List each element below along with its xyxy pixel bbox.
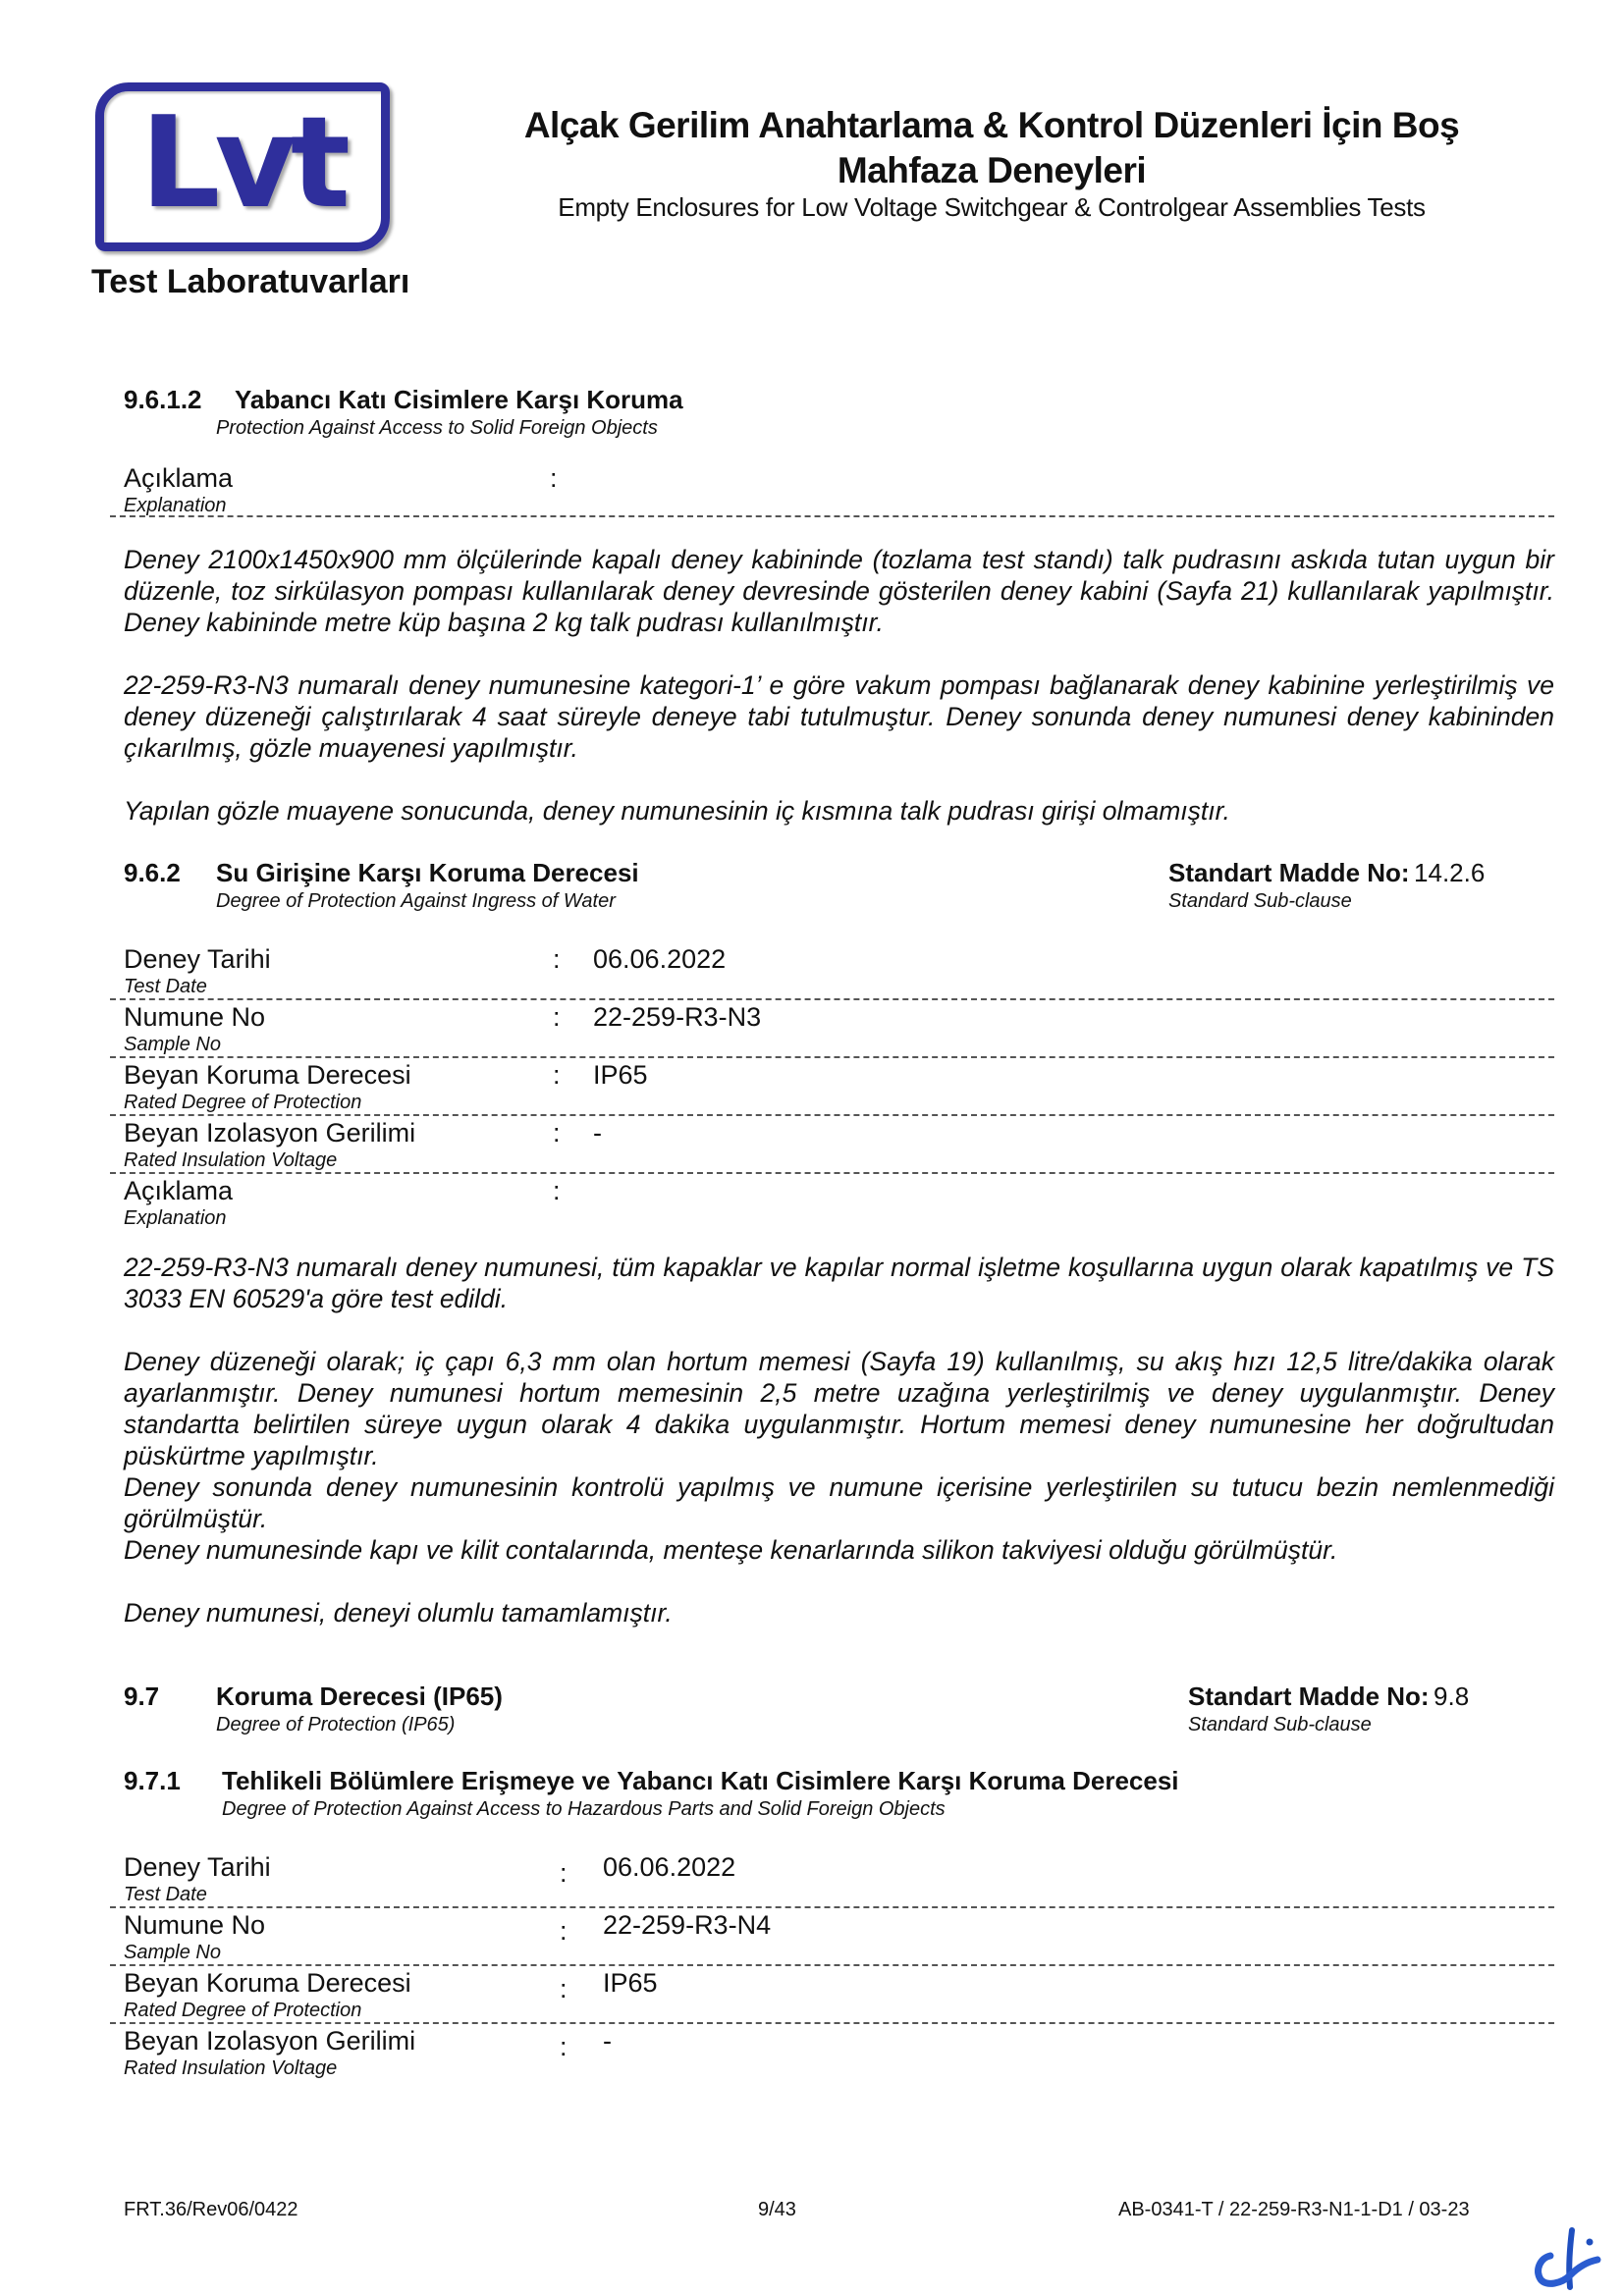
field-value: - <box>603 2026 612 2056</box>
field-label-en: Sample No <box>124 1942 221 1964</box>
field-label-en: Test Date <box>124 976 207 998</box>
field-value: IP65 <box>603 1968 658 1999</box>
section-title: Tehlikeli Bölümlere Erişmeye ve Yabancı … <box>222 1766 1179 1796</box>
document-title-line1: Alçak Gerilim Anahtarlama & Kontrol Düze… <box>452 103 1532 148</box>
section-9-6-2: 9.6.2 Su Girişine Karşı Koruma Derecesi … <box>124 858 1554 1629</box>
section-9-7: 9.7 Koruma Derecesi (IP65) Degree of Pro… <box>124 1682 1554 1736</box>
field-explanation: Açıklama Explanation : <box>110 1174 1554 1232</box>
section-number: 9.6.1.2 <box>124 385 242 415</box>
report-reference: AB-0341-T / 22-259-R3-N1-1-D1 / 03-23 <box>1118 2199 1470 2221</box>
report-body: 9.6.1.2 Yabancı Katı Cisimlere Karşı Kor… <box>124 385 1554 2082</box>
paragraph: Deney düzeneği olarak; iç çapı 6,3 mm ol… <box>124 1346 1554 1471</box>
field-label: Beyan Koruma Derecesi <box>124 1968 411 1999</box>
standard-clause: Standart Madde No: 9.8 Standard Sub-clau… <box>1188 1682 1469 1736</box>
signature-icon <box>1527 2226 1605 2296</box>
field-colon: : <box>560 1858 568 1889</box>
section-heading: 9.6.1.2 Yabancı Katı Cisimlere Karşı Kor… <box>124 385 1554 415</box>
field-colon: : <box>553 944 561 975</box>
field-test-date: Deney Tarihi Test Date : 06.06.2022 <box>110 1850 1554 1908</box>
clause-label-en: Standard Sub-clause <box>1168 890 1485 913</box>
section-9-6-1-2: 9.6.1.2 Yabancı Katı Cisimlere Karşı Kor… <box>124 385 1554 827</box>
field-colon: : <box>553 1002 561 1033</box>
clause-value: 14.2.6 <box>1414 858 1485 887</box>
field-label-en: Rated Insulation Voltage <box>124 1149 337 1172</box>
section-heading: 9.7.1 Tehlikeli Bölümlere Erişmeye ve Ya… <box>124 1766 1554 1796</box>
clause-label: Standart Madde No: <box>1188 1682 1430 1711</box>
section-title: Yabancı Katı Cisimlere Karşı Koruma <box>235 385 683 415</box>
page-number: 9/43 <box>758 2199 796 2221</box>
section-title-en: Protection Against Access to Solid Forei… <box>216 417 1554 440</box>
field-value: 06.06.2022 <box>593 944 726 975</box>
field-rated-protection: Beyan Koruma Derecesi Rated Degree of Pr… <box>110 1966 1554 2024</box>
paragraph: Yapılan gözle muayene sonucunda, deney n… <box>124 795 1554 827</box>
section-9-7-1: 9.7.1 Tehlikeli Bölümlere Erişmeye ve Ya… <box>124 1766 1554 2082</box>
field-colon: : <box>560 1974 568 2004</box>
document-subtitle: Empty Enclosures for Low Voltage Switchg… <box>452 192 1532 223</box>
paragraph: Deney numunesinde kapı ve kilit contalar… <box>124 1534 1554 1566</box>
field-label: Beyan Izolasyon Gerilimi <box>124 1118 415 1148</box>
field-value: 06.06.2022 <box>603 1852 735 1883</box>
document-title-line2: Mahfaza Deneyleri <box>452 148 1532 193</box>
field-test-date: Deney Tarihi Test Date : 06.06.2022 <box>110 942 1554 1000</box>
field-value: - <box>593 1118 602 1148</box>
field-value: 22-259-R3-N4 <box>603 1910 771 1941</box>
logo-mark: Lvt <box>140 101 345 227</box>
field-label: Deney Tarihi <box>124 1852 271 1883</box>
field-colon: : <box>560 2032 568 2062</box>
field-colon: : <box>550 463 558 494</box>
lab-logo: Lvt <box>95 82 390 251</box>
field-colon: : <box>553 1060 561 1091</box>
standard-clause: Standart Madde No: 14.2.6 Standard Sub-c… <box>1168 858 1485 913</box>
field-label: Açıklama <box>124 463 233 494</box>
paragraph: 22-259-R3-N3 numaralı deney numunesine k… <box>124 669 1554 764</box>
field-value: IP65 <box>593 1060 648 1091</box>
lab-name: Test Laboratuvarları <box>91 263 409 301</box>
section-title: Su Girişine Karşı Koruma Derecesi <box>216 858 639 888</box>
field-label: Beyan Izolasyon Gerilimi <box>124 2026 415 2056</box>
paragraph: Deney 2100x1450x900 mm ölçülerinde kapal… <box>124 544 1554 638</box>
clause-label-en: Standard Sub-clause <box>1188 1714 1469 1736</box>
field-label-en: Explanation <box>124 495 227 517</box>
field-rated-protection: Beyan Koruma Derecesi Rated Degree of Pr… <box>110 1058 1554 1116</box>
section-number: 9.7 <box>124 1682 216 1712</box>
section-number: 9.7.1 <box>124 1766 222 1796</box>
field-sample-no: Numune No Sample No : 22-259-R3-N4 <box>110 1908 1554 1966</box>
field-colon: : <box>553 1118 561 1148</box>
field-label: Beyan Koruma Derecesi <box>124 1060 411 1091</box>
field-rated-insulation-voltage: Beyan Izolasyon Gerilimi Rated Insulatio… <box>110 1116 1554 1174</box>
section-title: Koruma Derecesi (IP65) <box>216 1682 503 1712</box>
paragraph: 22-259-R3-N3 numaralı deney numunesi, tü… <box>124 1252 1554 1314</box>
document-title: Alçak Gerilim Anahtarlama & Kontrol Düze… <box>452 103 1532 193</box>
field-label-en: Rated Degree of Protection <box>124 1092 361 1114</box>
clause-value: 9.8 <box>1434 1682 1469 1711</box>
field-label-en: Rated Degree of Protection <box>124 2000 361 2022</box>
paragraph: Deney sonunda deney numunesinin kontrolü… <box>124 1471 1554 1534</box>
paragraph-conclusion: Deney numunesi, deneyi olumlu tamamlamış… <box>124 1597 1554 1629</box>
field-label: Açıklama <box>124 1176 233 1206</box>
field-label-en: Sample No <box>124 1034 221 1056</box>
clause-label: Standart Madde No: <box>1168 858 1410 887</box>
field-label-en: Rated Insulation Voltage <box>124 2057 337 2080</box>
section-number: 9.6.2 <box>124 858 216 888</box>
field-value: 22-259-R3-N3 <box>593 1002 761 1033</box>
field-label-en: Explanation <box>124 1207 227 1230</box>
form-code: FRT.36/Rev06/0422 <box>124 2199 298 2221</box>
section-title-en: Degree of Protection Against Access to H… <box>222 1798 1554 1821</box>
field-colon: : <box>560 1916 568 1947</box>
field-sample-no: Numune No Sample No : 22-259-R3-N3 <box>110 1000 1554 1058</box>
field-rated-insulation-voltage: Beyan Izolasyon Gerilimi Rated Insulatio… <box>110 2024 1554 2082</box>
field-label: Numune No <box>124 1910 265 1941</box>
field-label-en: Test Date <box>124 1884 207 1906</box>
field-colon: : <box>553 1176 561 1206</box>
field-label: Numune No <box>124 1002 265 1033</box>
field-explanation: Açıklama Explanation : <box>110 461 1554 517</box>
field-label: Deney Tarihi <box>124 944 271 975</box>
